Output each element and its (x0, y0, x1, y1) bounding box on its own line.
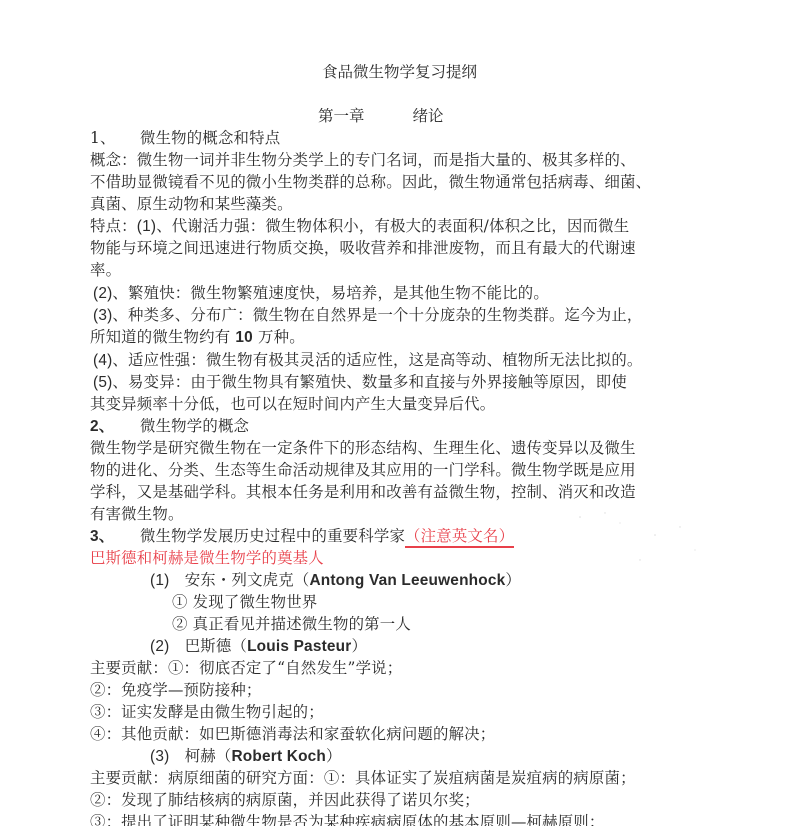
feature-1-line: 特点：(1)、代谢活力强：微生物体积小，有极大的表面积/体积之比，因而微生 (90, 216, 629, 237)
section-title: 微生物学发展历史过程中的重要科学家 (140, 527, 405, 545)
species-count: 10 (235, 329, 253, 346)
contribution-item: ③：提出了证明某种微生物是否为某种疾病病原体的基本原则—柯赫原则； (90, 812, 605, 826)
scientist-name-cn: 巴斯德 (185, 637, 232, 655)
scientist-3-heading: (3) 柯赫（Robert Koch） (150, 746, 342, 767)
feature-label: 特点： (90, 217, 137, 235)
section-3-heading: 3、微生物学发展历史过程中的重要科学家（注意英文名） (90, 526, 514, 547)
chapter-number: 第一章 (318, 107, 365, 125)
feature-1-line: 率。 (90, 260, 121, 280)
contribution-item: 主要贡献：病原细菌的研究方面：①：具体证实了炭疽病菌是炭疽病的病原菌； (90, 768, 636, 788)
section-number: 3、 (90, 527, 140, 547)
scientist-1-heading: (1) 安东・列文虎克（Antong Van Leeuwenhock） (150, 570, 521, 591)
feature-number: (3) (93, 307, 112, 324)
feature-text: 万种。 (253, 328, 305, 346)
contribution-item: 主要贡献：①：彻底否定了“自然发生”学说； (90, 658, 402, 678)
section-title: 微生物的概念和特点 (140, 129, 280, 147)
section-number: 1、 (90, 128, 140, 148)
feature-number: (5) (93, 374, 112, 391)
section-2-line: 有害微生物。 (90, 504, 184, 524)
concept-line: 不借助显微镜看不见的微小生物类群的总称。因此，微生物通常包括病毒、细菌、 (90, 172, 651, 192)
scientist-name-en: Robert Koch (231, 748, 326, 765)
contribution-item: ③：证实发酵是由微生物引起的； (90, 702, 324, 722)
document-title: 食品微生物学复习提纲 (0, 62, 799, 82)
concept-line: 真菌、原生动物和某些藻类。 (90, 194, 293, 214)
scientist-index: (2) (150, 638, 169, 655)
section-2-heading: 2、微生物学的概念 (90, 416, 249, 437)
section-2-line: 物的进化、分类、生态等生命活动规律及其应用的一门学科。微生物学既是应用 (90, 460, 636, 480)
feature-2-line: (2)、繁殖快：微生物繁殖速度快，易培养，是其他生物不能比的。 (93, 283, 549, 304)
scientist-name-cn: 安东・列文虎克 (185, 571, 294, 589)
feature-text: 、繁殖快：微生物繁殖速度快，易培养，是其他生物不能比的。 (112, 284, 549, 302)
scientist-name-en: Antong Van Leeuwenhock (309, 572, 505, 589)
feature-number: (1) (137, 218, 156, 235)
section-2-line: 学科，又是基础学科。其根本任务是利用和改善有益微生物，控制、消灭和改造 (90, 482, 636, 502)
founders-highlight: 巴斯德和柯赫是微生物学的奠基人 (90, 548, 324, 568)
feature-text: 、种类多、分布广：微生物在自然界是一个十分庞杂的生物类群。迄今为止， (112, 306, 642, 324)
feature-number: (4) (93, 352, 112, 369)
contribution-item: ② 真正看见并描述微生物的第一人 (172, 614, 411, 634)
contribution-item: ① 发现了微生物世界 (172, 592, 317, 612)
concept-line: 概念：微生物一词并非生物分类学上的专门名词，而是指大量的、极其多样的、 (90, 150, 636, 170)
scientist-2-heading: (2) 巴斯德（Louis Pasteur） (150, 636, 367, 657)
chapter-name: 绪论 (413, 107, 444, 125)
feature-4-line: (4)、适应性强：微生物有极其灵活的适应性，这是高等动、植物所无法比拟的。 (93, 350, 643, 371)
english-name-note: （注意英文名） (405, 527, 514, 548)
feature-number: (2) (93, 285, 112, 302)
feature-text: 所知道的微生物约有 (90, 328, 235, 346)
contribution-item: ④：其他贡献：如巴斯德消毒法和家蚕软化病问题的解决； (90, 724, 495, 744)
section-title: 微生物学的概念 (140, 417, 249, 435)
section-2-line: 微生物学是研究微生物在一定条件下的形态结构、生理生化、遗传变异以及微生 (90, 438, 636, 458)
feature-5-line: (5)、易变异：由于微生物具有繁殖快、数量多和直接与外界接触等原因，即使 (93, 372, 627, 393)
scan-noise-decoration (560, 505, 720, 575)
section-number: 2、 (90, 417, 140, 437)
feature-5-line: 其变异频率十分低，也可以在短时间内产生大量变异后代。 (90, 394, 495, 414)
scientist-name-en: Louis Pasteur (247, 638, 351, 655)
contribution-item: ②：免疫学—预防接种； (90, 680, 262, 700)
feature-text: 、代谢活力强：微生物体积小，有极大的表面积/体积之比，因而微生 (156, 217, 629, 235)
feature-text: 、易变异：由于微生物具有繁殖快、数量多和直接与外界接触等原因，即使 (112, 373, 627, 391)
contribution-item: ②：发现了肺结核病的病原菌，并因此获得了诺贝尔奖； (90, 790, 480, 810)
scientist-index: (3) (150, 748, 169, 765)
feature-3-line: 所知道的微生物约有 10 万种。 (90, 327, 305, 348)
feature-1-line: 物能与环境之间迅速进行物质交换，吸收营养和排泄废物，而且有最大的代谢速 (90, 238, 636, 258)
feature-3-line: (3)、种类多、分布广：微生物在自然界是一个十分庞杂的生物类群。迄今为止， (93, 305, 643, 326)
scientist-index: (1) (150, 572, 169, 589)
section-1-heading: 1、微生物的概念和特点 (90, 128, 280, 148)
document-page: 食品微生物学复习提纲 第一章绪论 1、微生物的概念和特点 概念：微生物一词并非生… (0, 0, 799, 826)
chapter-heading: 第一章绪论 (318, 106, 444, 126)
feature-text: 、适应性强：微生物有极其灵活的适应性，这是高等动、植物所无法比拟的。 (112, 351, 642, 369)
scientist-name-cn: 柯赫 (185, 747, 216, 765)
